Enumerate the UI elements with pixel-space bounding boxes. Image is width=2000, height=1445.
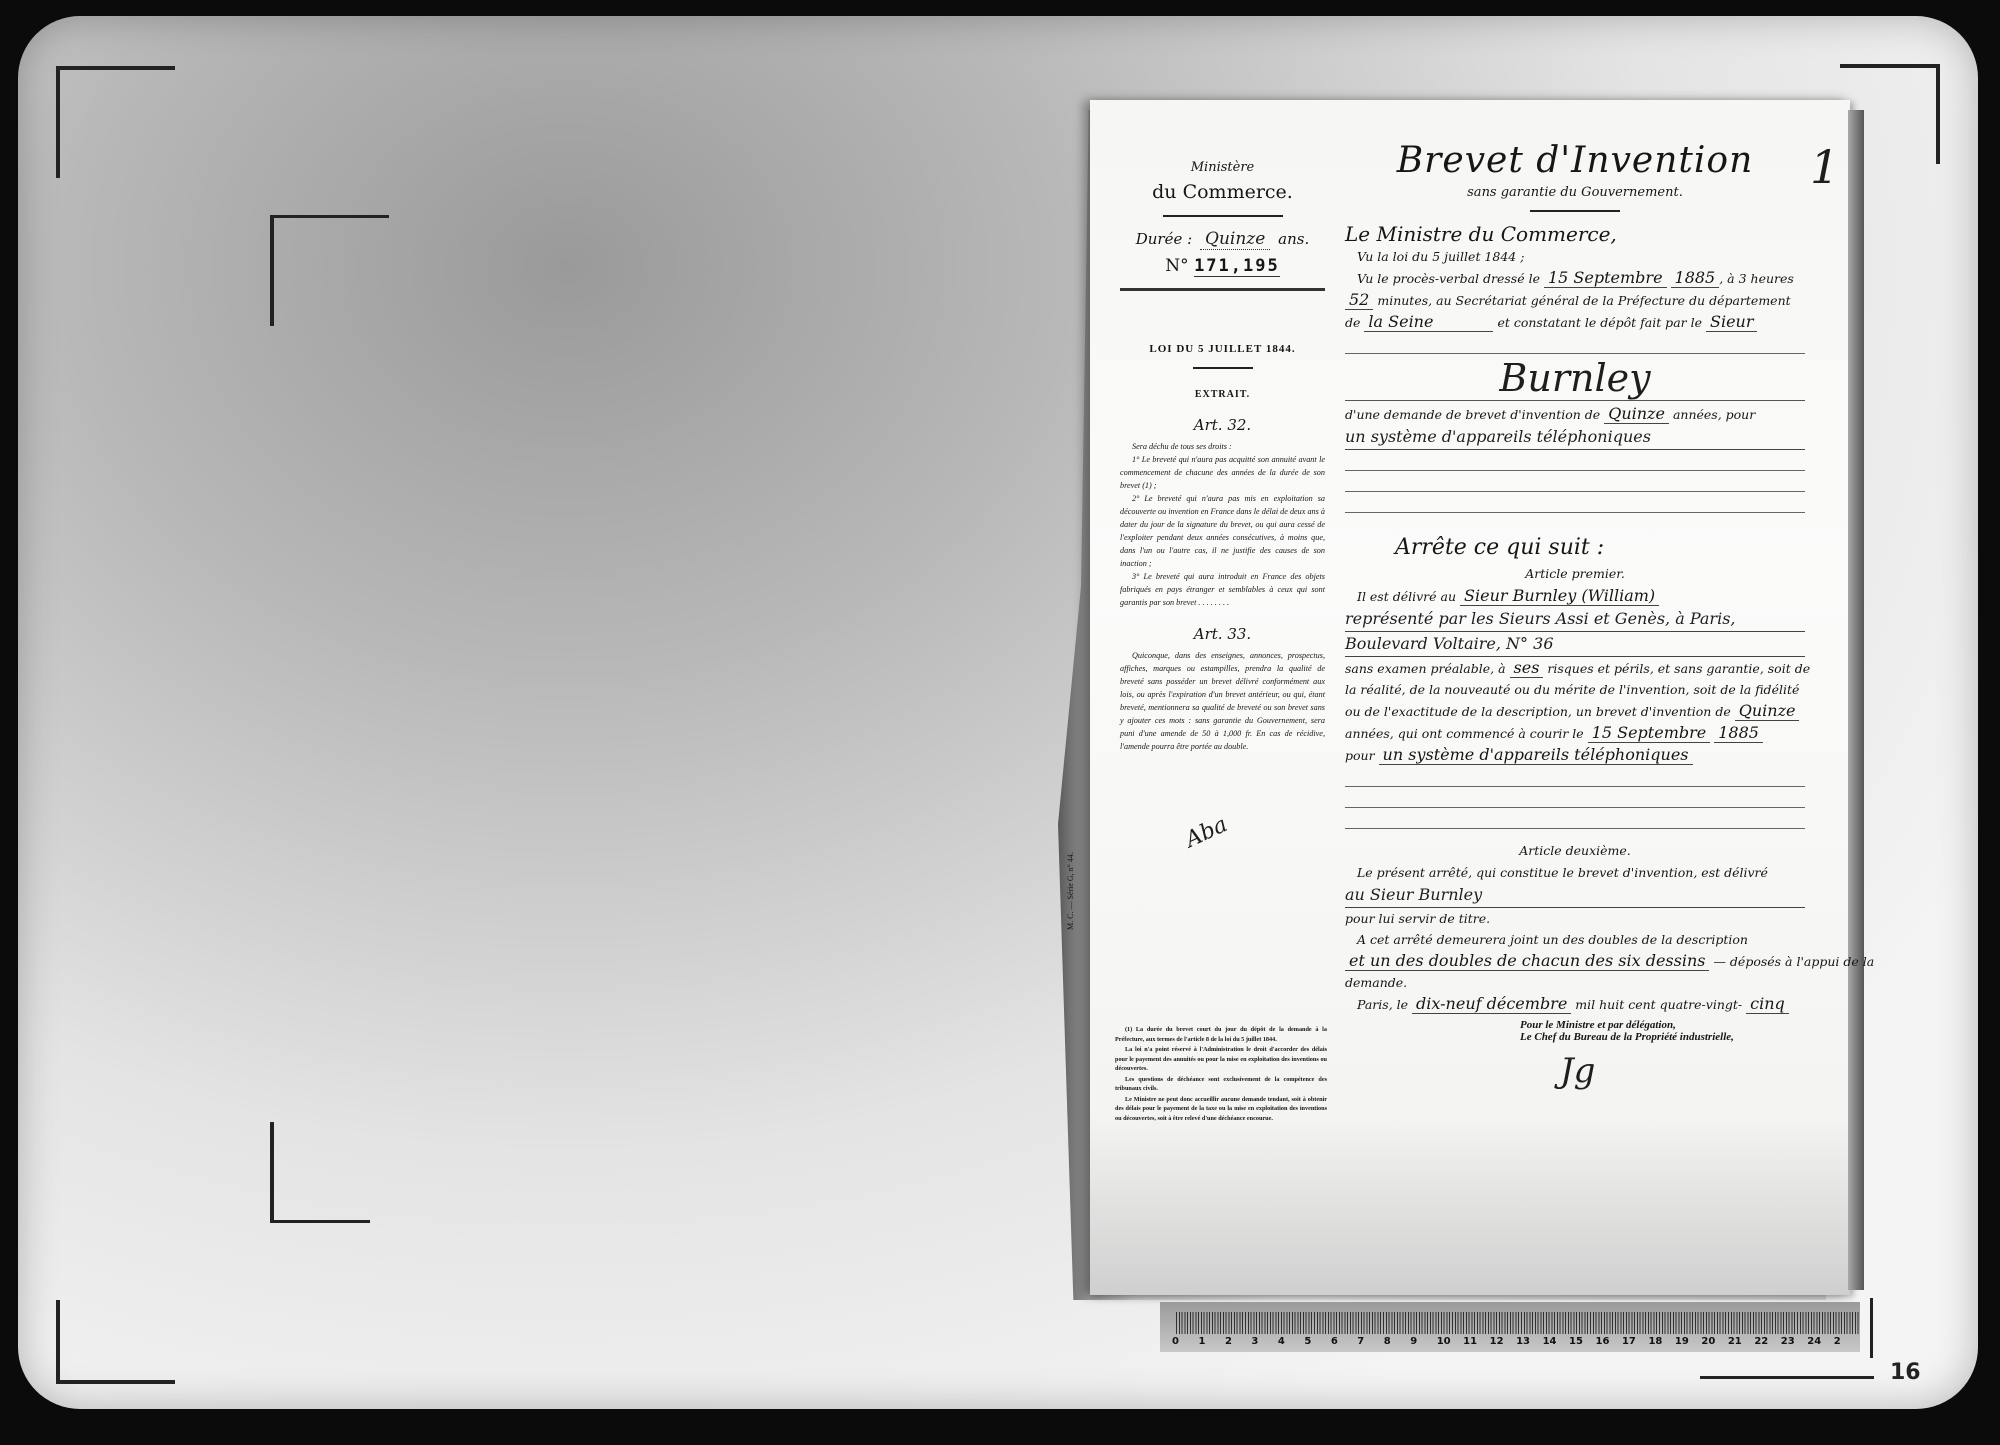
text: années, pour <box>1673 407 1755 422</box>
left-column: Ministère du Commerce. Durée : Quinze an… <box>1120 160 1325 753</box>
ruler-label: 9 <box>1410 1336 1436 1347</box>
text: années, qui ont commencé à courir le <box>1345 726 1584 741</box>
corner-bracket-top-left-inner <box>270 215 389 326</box>
duration-value: Quinze <box>1200 229 1270 250</box>
ruler-label: 15 <box>1569 1336 1595 1347</box>
demande-line: d'une demande de brevet d'invention de Q… <box>1345 403 1805 425</box>
duration-field: Durée : Quinze ans. <box>1120 229 1325 250</box>
blank-line <box>1345 787 1805 808</box>
handwritten-initials: Aba <box>1182 812 1232 853</box>
handwritten-title: Sieur <box>1706 312 1758 332</box>
document-subtitle: sans garantie du Gouvernement. <box>1345 185 1805 200</box>
signature-delegation: Pour le Ministre et par délégation, <box>1520 1019 1805 1031</box>
corner-bracket-bottom-right-v <box>1870 1298 1873 1358</box>
ruler-label: 22 <box>1754 1336 1780 1347</box>
signature-block: Pour le Ministre et par délégation, Le C… <box>1520 1019 1805 1091</box>
text: Il est délivré au <box>1357 589 1456 604</box>
handwritten-duration: Quinze <box>1604 404 1669 424</box>
law-title: LOI DU 5 JUILLET 1844. <box>1120 343 1325 355</box>
blank-line <box>1345 766 1805 787</box>
text: de <box>1345 315 1360 330</box>
handwritten-year: 1885 <box>1671 268 1720 288</box>
footnotes: (1) La durée du brevet court du jour du … <box>1115 1025 1327 1124</box>
measurement-ruler: 0 1 2 3 4 5 6 7 8 9 10 11 12 13 14 15 16… <box>1160 1302 1860 1352</box>
ruler-label: 21 <box>1728 1336 1754 1347</box>
text: Paris, le <box>1357 997 1408 1012</box>
article-deuxieme-heading: Article deuxième. <box>1345 843 1805 858</box>
corner-bracket-bottom-left-inner <box>270 1122 276 1222</box>
department-line: de la Seine et constatant le dépôt fait … <box>1345 311 1805 333</box>
ruler-label: 18 <box>1648 1336 1674 1347</box>
blank-line <box>1345 333 1805 354</box>
ruler-label: 1 <box>1198 1336 1224 1347</box>
ruler-label: 16 <box>1596 1336 1622 1347</box>
applicant-name: Burnley <box>1345 356 1805 401</box>
handwritten-recipient: Sieur Burnley (William) <box>1460 586 1659 606</box>
invention-title: un système d'appareils téléphoniques <box>1345 425 1805 450</box>
vu-loi-line: Vu la loi du 5 juillet 1844 ; <box>1345 246 1805 267</box>
ruler-label: 4 <box>1278 1336 1304 1347</box>
document-edge <box>1848 110 1864 1290</box>
ruler-ticks <box>1176 1312 1860 1334</box>
ruler-label: 2 <box>1225 1336 1251 1347</box>
handwritten-minutes: 52 <box>1345 290 1373 310</box>
paragraph: Sera déchu de tous ses droits : <box>1120 440 1325 453</box>
article2-line-6: demande. <box>1345 972 1805 993</box>
patent-document: 1 Ministère du Commerce. Durée : Quinze … <box>1090 100 1850 1295</box>
corner-bracket-bottom-left-inner-h <box>270 1220 370 1225</box>
date-line: Paris, le dix-neuf décembre mil huit cen… <box>1345 993 1805 1015</box>
handwritten-start-date: 15 Septembre <box>1588 723 1711 743</box>
text: pour <box>1345 748 1375 763</box>
ruler-label: 14 <box>1543 1336 1569 1347</box>
ruler-labels: 0 1 2 3 4 5 6 7 8 9 10 11 12 13 14 15 16… <box>1172 1336 1860 1347</box>
paragraph: 3° Le breveté qui aura introduit en Fran… <box>1120 570 1325 609</box>
ministry-name: du Commerce. <box>1120 181 1325 203</box>
ministry-label: Ministère <box>1120 160 1325 175</box>
article2-line-4: A cet arrêté demeurera joint un des doub… <box>1345 929 1805 950</box>
patent-number-value: 171,195 <box>1194 256 1280 277</box>
blank-line <box>1345 808 1805 829</box>
body-line-3: ou de l'exactitude de la description, un… <box>1345 700 1805 722</box>
article-33-text: Quiconque, dans des enseignes, annonces,… <box>1120 649 1325 753</box>
footnote: Les questions de déchéance sont exclusiv… <box>1115 1075 1327 1094</box>
paragraph: Quiconque, dans des enseignes, annonces,… <box>1120 649 1325 753</box>
handwritten-attachments: et un des doubles de chacun des six dess… <box>1345 951 1709 971</box>
duration-label: Durée : <box>1136 230 1192 248</box>
scan-page-number: 16 <box>1890 1360 1921 1385</box>
ornament-divider <box>1163 215 1283 217</box>
extract-label: EXTRAIT. <box>1120 389 1325 400</box>
article-32-text: Sera déchu de tous ses droits : 1° Le br… <box>1120 440 1325 609</box>
right-column: Brevet d'Invention sans garantie du Gouv… <box>1345 140 1805 1091</box>
paragraph: 2° Le breveté qui n'aura pas mis en expl… <box>1120 492 1325 570</box>
ruler-label: 7 <box>1357 1336 1383 1347</box>
ruler-label: 0 <box>1172 1336 1198 1347</box>
ruler-label: 6 <box>1331 1336 1357 1347</box>
text: ou de l'exactitude de la description, un… <box>1345 704 1731 719</box>
minister-heading: Le Ministre du Commerce, <box>1345 222 1805 246</box>
text: risques et périls, et sans garantie, soi… <box>1547 661 1810 676</box>
ruler-label: 20 <box>1701 1336 1727 1347</box>
text: , à <box>1719 271 1734 286</box>
text: minutes, au Secrétariat général de la Pr… <box>1377 293 1790 308</box>
ruler-label: 8 <box>1384 1336 1410 1347</box>
form-code: M. C. — Série G, n° 44. <box>1066 852 1075 930</box>
handwritten-department: la Seine <box>1364 312 1493 332</box>
arrete-heading: Arrête ce qui suit : <box>1395 535 1805 560</box>
ruler-label: 10 <box>1437 1336 1463 1347</box>
handwritten-start-year: 1885 <box>1714 723 1763 743</box>
hour: 3 heures <box>1739 271 1794 286</box>
proces-verbal-line-2: 52 minutes, au Secrétariat général de la… <box>1345 289 1805 311</box>
corner-bracket-bottom-left-outer <box>56 1300 175 1384</box>
footnote: Le Ministre ne peut donc accueillir aucu… <box>1115 1095 1327 1124</box>
blank-line <box>1345 492 1805 513</box>
text: mil huit cent quatre-vingt- <box>1575 997 1742 1012</box>
handwritten-year: cinq <box>1746 994 1789 1014</box>
body-line-2: la réalité, de la nouveauté ou du mérite… <box>1345 679 1805 700</box>
patent-number-field: N° 171,195 <box>1120 256 1325 276</box>
corner-number: 1 <box>1810 140 1839 194</box>
proces-verbal-line: Vu le procès-verbal dressé le 15 Septemb… <box>1345 267 1805 289</box>
address-line: Boulevard Voltaire, N° 36 <box>1345 632 1805 657</box>
ruler-label: 5 <box>1304 1336 1330 1347</box>
corner-bracket-bottom-right-h <box>1700 1376 1874 1379</box>
ornament-divider <box>1530 210 1620 212</box>
handwritten-duration: Quinze <box>1735 701 1800 721</box>
text: sans examen préalable, à <box>1345 661 1506 676</box>
ruler-label: 11 <box>1463 1336 1489 1347</box>
article-heading: Art. 32. <box>1120 416 1325 434</box>
signature-mark: Jg <box>1560 1051 1805 1091</box>
text: Vu le procès-verbal dressé le <box>1357 271 1540 286</box>
article2-line-5: et un des doubles de chacun des six dess… <box>1345 950 1805 972</box>
handwritten-date: 15 Septembre <box>1544 268 1667 288</box>
text: — déposés à l'appui de la <box>1713 954 1874 969</box>
handwritten-date: dix-neuf décembre <box>1412 994 1571 1014</box>
article2-recipient: au Sieur Burnley <box>1345 883 1805 908</box>
ruler-label: 24 <box>1807 1336 1833 1347</box>
handwritten-invention-title: un système d'appareils téléphoniques <box>1379 745 1693 765</box>
article2-line-1: Le présent arrêté, qui constitue le brev… <box>1345 862 1805 883</box>
ruler-label: 17 <box>1622 1336 1648 1347</box>
ruler-label: 3 <box>1251 1336 1277 1347</box>
delivre-line: Il est délivré au Sieur Burnley (William… <box>1345 585 1805 607</box>
document-title: Brevet d'Invention <box>1345 140 1805 181</box>
body-line-5: pour un système d'appareils téléphonique… <box>1345 744 1805 766</box>
representative-line: représenté par les Sieurs Assi et Genès,… <box>1345 607 1805 632</box>
patent-number-label: N° <box>1165 256 1188 276</box>
body-line-4: années, qui ont commencé à courir le 15 … <box>1345 722 1805 744</box>
footnote: (1) La durée du brevet court du jour du … <box>1115 1025 1327 1044</box>
corner-bracket-top-left-outer <box>56 66 175 178</box>
footnote: La loi n'a point réservé à l'Administrat… <box>1115 1045 1327 1074</box>
ruler-label: 13 <box>1516 1336 1542 1347</box>
duration-unit: ans. <box>1278 230 1309 248</box>
paragraph: 1° Le breveté qui n'aura pas acquitté so… <box>1120 453 1325 492</box>
ruler-label: 23 <box>1781 1336 1807 1347</box>
signature-title: Le Chef du Bureau de la Propriété indust… <box>1520 1031 1805 1043</box>
body-line-1: sans examen préalable, à ses risques et … <box>1345 657 1805 679</box>
text: d'une demande de brevet d'invention de <box>1345 407 1600 422</box>
blank-line <box>1345 450 1805 471</box>
article-heading: Art. 33. <box>1120 625 1325 643</box>
text: et constatant le dépôt fait par le <box>1497 315 1702 330</box>
handwritten-ses: ses <box>1510 658 1544 678</box>
blank-line <box>1345 471 1805 492</box>
ruler-label: 12 <box>1490 1336 1516 1347</box>
article-premier-heading: Article premier. <box>1345 566 1805 581</box>
ornament-divider <box>1193 367 1253 369</box>
article2-line-3: pour lui servir de titre. <box>1345 908 1805 929</box>
ruler-label: 19 <box>1675 1336 1701 1347</box>
ruler-label: 2 <box>1834 1336 1860 1347</box>
divider <box>1120 288 1325 291</box>
